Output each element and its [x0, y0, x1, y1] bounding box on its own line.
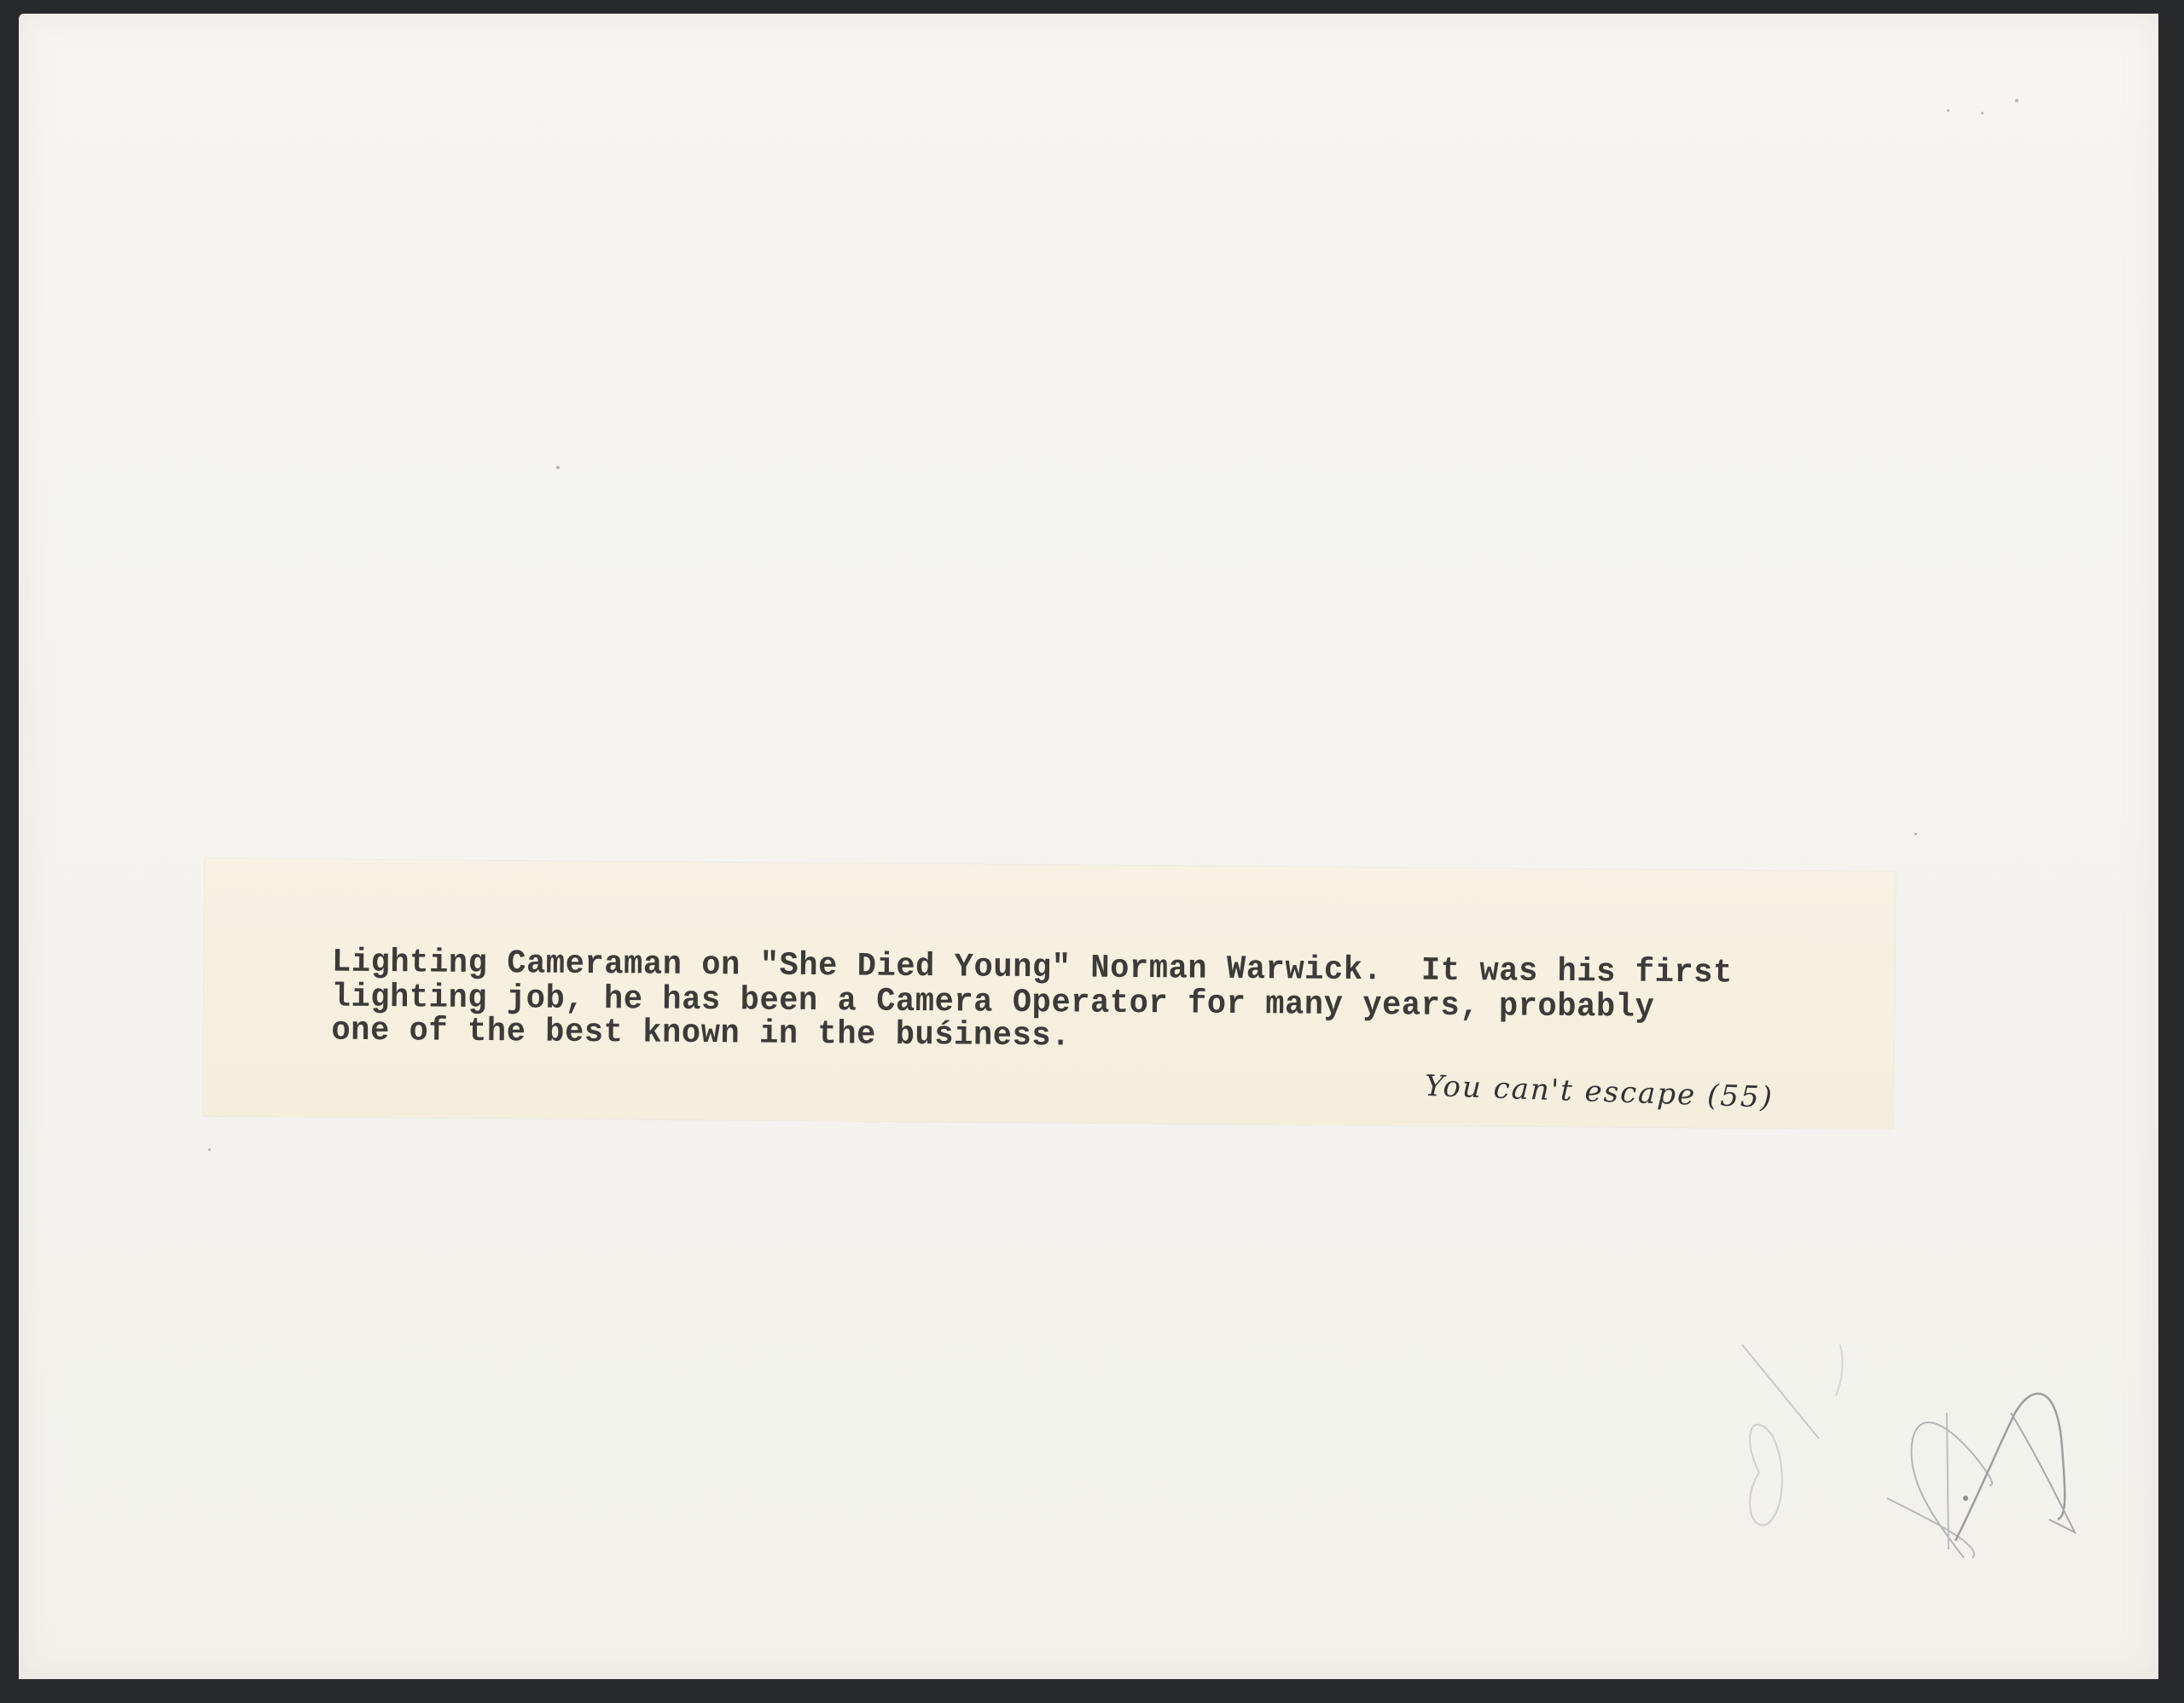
handwritten-note: You can't escape (55): [1424, 1069, 1774, 1115]
dust-speck: [2015, 99, 2018, 102]
dust-speck: [208, 1148, 211, 1151]
dust-speck: [1981, 112, 1984, 114]
pencil-faint-scribble-icon: [1691, 1311, 1862, 1532]
dust-speck: [556, 466, 560, 469]
caption-slip: Lighting Cameraman on "She Died Young" N…: [203, 858, 1896, 1130]
photo-back-sheet: Lighting Cameraman on "She Died Young" N…: [19, 14, 2158, 1679]
dust-speck: [1914, 833, 1917, 835]
dust-speck: [1947, 109, 1949, 112]
pencil-signature-icon: [1887, 1379, 2109, 1584]
caption-line-3: one of the best known in the buśiness.: [331, 1013, 1071, 1055]
scan-background: Lighting Cameraman on "She Died Young" N…: [0, 0, 2184, 1703]
